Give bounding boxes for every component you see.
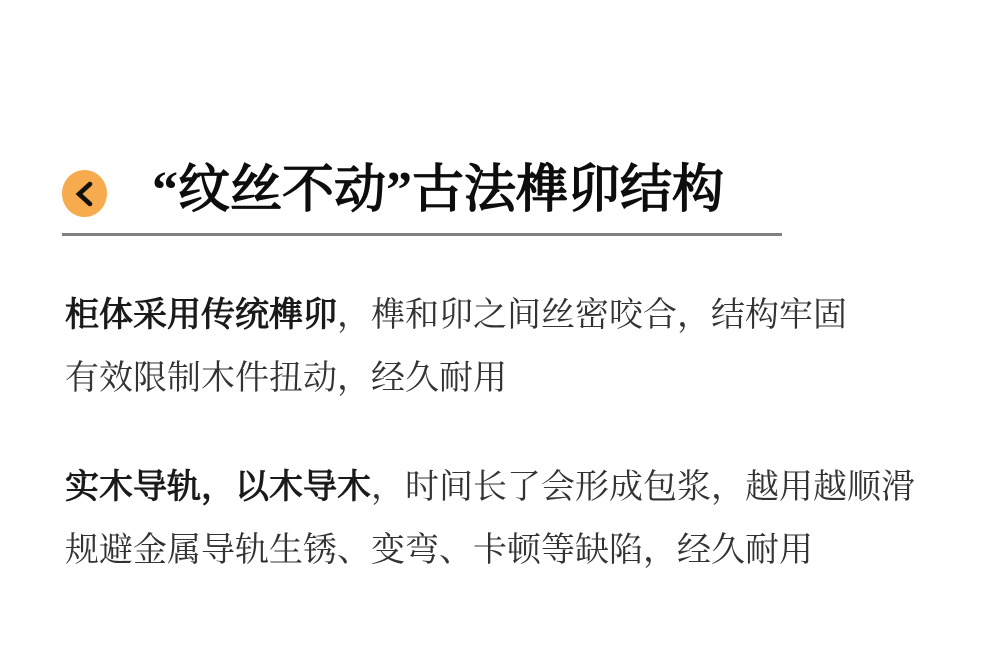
paragraph-2-line-2: 规避金属导轨生锈、变弯、卡顿等缺陷，经久耐用 xyxy=(65,530,813,571)
product-description-page: “纹丝不动”古法榫卯结构 柜体采用传统榫卯，榫和卯之间丝密咬合，结构牢固 有效限… xyxy=(0,0,1000,660)
paragraph-1-line-2: 有效限制木件扭动，经久耐用 xyxy=(65,358,507,399)
back-button[interactable] xyxy=(62,170,107,217)
paragraph-1-line-1: 柜体采用传统榫卯，榫和卯之间丝密咬合，结构牢固 xyxy=(65,295,847,336)
paragraph-1-lead: 柜体采用传统榫卯 xyxy=(65,296,337,334)
title-underline xyxy=(62,233,782,236)
paragraph-1-rest: ，榫和卯之间丝密咬合，结构牢固 xyxy=(337,296,847,334)
paragraph-2-lead: 实木导轨，以木导木 xyxy=(65,468,371,506)
section-title: “纹丝不动”古法榫卯结构 xyxy=(152,162,724,219)
paragraph-2-line-1: 实木导轨，以木导木，时间长了会形成包浆，越用越顺滑 xyxy=(65,467,915,508)
chevron-left-icon xyxy=(73,181,97,207)
paragraph-2-rest: ，时间长了会形成包浆，越用越顺滑 xyxy=(371,468,915,506)
